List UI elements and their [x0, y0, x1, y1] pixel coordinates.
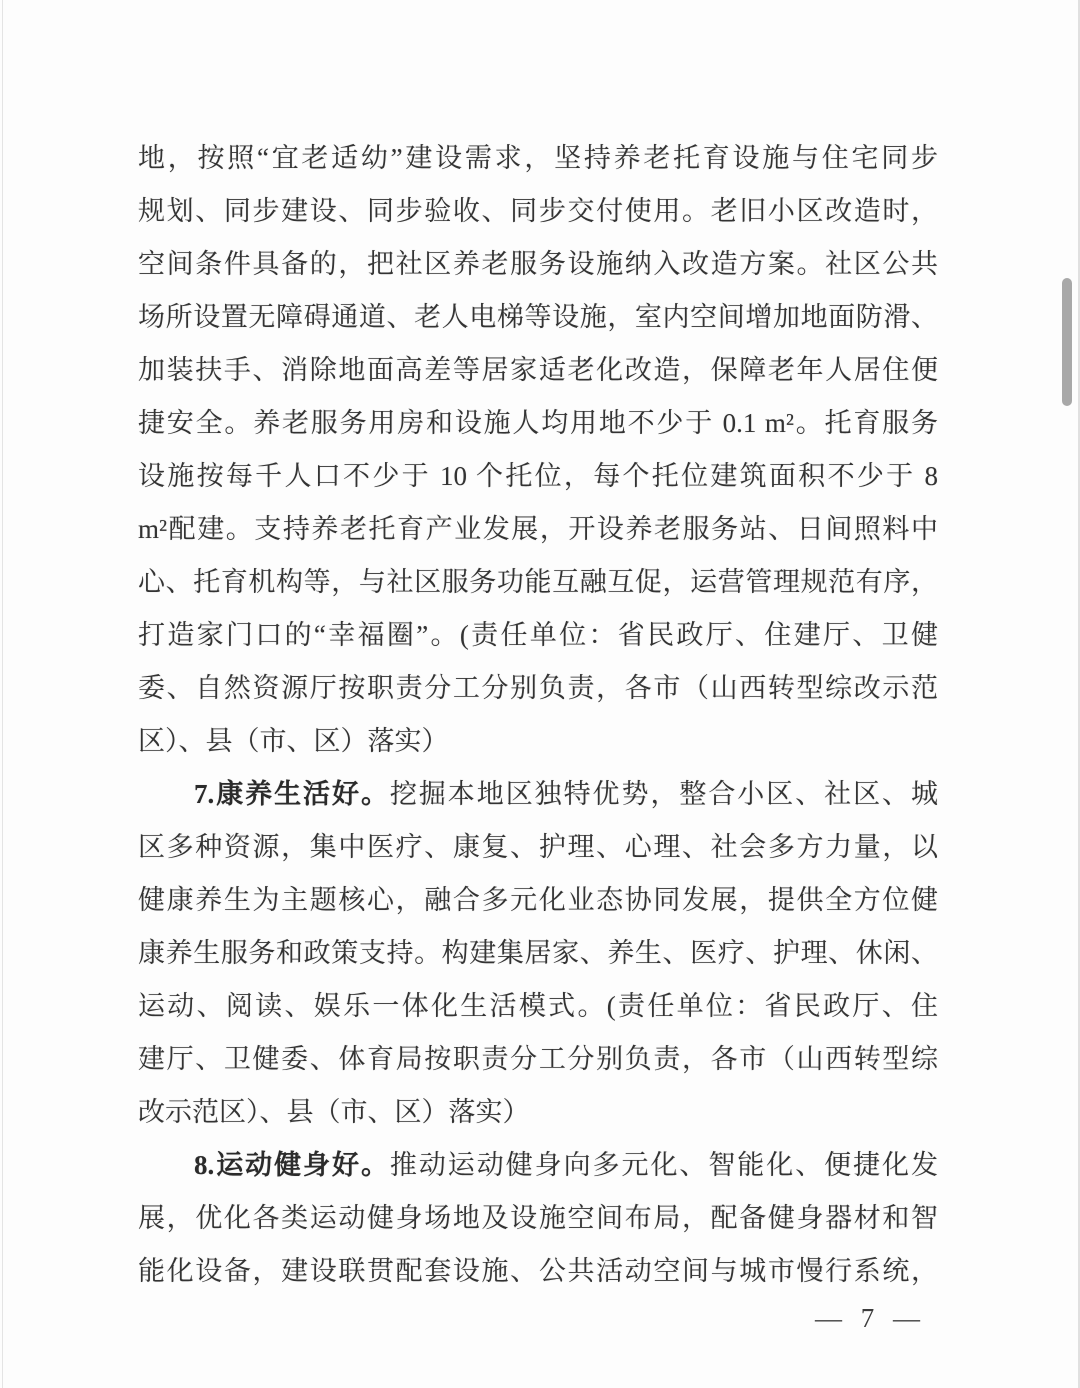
page-left-edge [2, 0, 3, 1388]
body-text: 地，按照“宜老适幼”建设需求，坚持养老托育设施与住宅同步 [138, 143, 938, 173]
body-text: 规划、同步建设、同步验收、同步交付使用。老旧小区改造时， [138, 196, 938, 226]
paragraph-7: 7.康养生活好。挖掘本地区独特优势，整合小区、社区、城区多种资源，集中医疗、康复… [138, 768, 938, 1139]
paragraph-8: 8.运动健身好。推动运动健身向多元化、智能化、便捷化发展，优化各类运动健身场地及… [138, 1139, 938, 1298]
text-line: 区多种资源，集中医疗、康复、护理、心理、社会多方力量，以 [138, 821, 938, 874]
text-line: 打造家门口的“幸福圈”。(责任单位：省民政厅、住建厅、卫健 [138, 609, 938, 662]
body-text: 挖掘本地区独特优势，整合小区、社区、城 [390, 779, 938, 809]
scrollbar-thumb[interactable] [1062, 278, 1072, 406]
text-line: 运动、阅读、娱乐一体化生活模式。(责任单位：省民政厅、住 [138, 980, 938, 1033]
text-line: m²配建。支持养老托育产业发展，开设养老服务站、日间照料中 [138, 503, 938, 556]
document-body: 地，按照“宜老适幼”建设需求，坚持养老托育设施与住宅同步规划、同步建设、同步验收… [138, 132, 938, 1298]
text-line: 空间条件具备的，把社区养老服务设施纳入改造方案。社区公共 [138, 238, 938, 291]
body-text: 心、托育机构等，与社区服务功能互融互促，运营管理规范有序， [138, 567, 938, 597]
page-number: — 7 — [815, 1303, 926, 1334]
text-line: 加装扶手、消除地面高差等居家适老化改造，保障老年人居住便 [138, 344, 938, 397]
text-line: 委、自然资源厅按职责分工分别负责，各市（山西转型综改示范 [138, 662, 938, 715]
text-line: 能化设备，建设联贯配套设施、公共活动空间与城市慢行系统， [138, 1245, 938, 1298]
text-line: 健康养生为主题核心，融合多元化业态协同发展，提供全方位健 [138, 874, 938, 927]
item-heading: 7.康养生活好。 [194, 779, 390, 809]
text-line: 8.运动健身好。推动运动健身向多元化、智能化、便捷化发 [138, 1139, 938, 1192]
document-page: 地，按照“宜老适幼”建设需求，坚持养老托育设施与住宅同步规划、同步建设、同步验收… [0, 0, 1080, 1388]
body-text: 捷安全。养老服务用房和设施人均用地不少于 0.1 m²。托育服务 [138, 408, 938, 438]
text-line: 改示范区）、县（市、区）落实） [138, 1086, 938, 1139]
text-line: 规划、同步建设、同步验收、同步交付使用。老旧小区改造时， [138, 185, 938, 238]
body-text: 加装扶手、消除地面高差等居家适老化改造，保障老年人居住便 [138, 355, 938, 385]
body-text: 空间条件具备的，把社区养老服务设施纳入改造方案。社区公共 [138, 249, 938, 279]
body-text: 运动、阅读、娱乐一体化生活模式。(责任单位：省民政厅、住 [138, 991, 938, 1021]
paragraph-6-continuation: 地，按照“宜老适幼”建设需求，坚持养老托育设施与住宅同步规划、同步建设、同步验收… [138, 132, 938, 768]
text-line: 设施按每千人口不少于 10 个托位，每个托位建筑面积不少于 8 [138, 450, 938, 503]
body-text: 建厅、卫健委、体育局按职责分工分别负责，各市（山西转型综 [138, 1044, 938, 1074]
text-line: 展，优化各类运动健身场地及设施空间布局，配备健身器材和智 [138, 1192, 938, 1245]
body-text: 展，优化各类运动健身场地及设施空间布局，配备健身器材和智 [138, 1203, 938, 1233]
item-heading: 8.运动健身好。 [194, 1150, 390, 1180]
text-line: 捷安全。养老服务用房和设施人均用地不少于 0.1 m²。托育服务 [138, 397, 938, 450]
body-text: 改示范区）、县（市、区）落实） [138, 1097, 530, 1127]
body-text: 区多种资源，集中医疗、康复、护理、心理、社会多方力量，以 [138, 832, 938, 862]
body-text: 康养生服务和政策支持。构建集居家、养生、医疗、护理、休闲、 [138, 938, 938, 968]
body-text: 场所设置无障碍通道、老人电梯等设施，室内空间增加地面防滑、 [138, 302, 938, 332]
text-line: 建厅、卫健委、体育局按职责分工分别负责，各市（山西转型综 [138, 1033, 938, 1086]
body-text: 能化设备，建设联贯配套设施、公共活动空间与城市慢行系统， [138, 1256, 938, 1286]
text-line: 7.康养生活好。挖掘本地区独特优势，整合小区、社区、城 [138, 768, 938, 821]
text-line: 心、托育机构等，与社区服务功能互融互促，运营管理规范有序， [138, 556, 938, 609]
body-text: 健康养生为主题核心，融合多元化业态协同发展，提供全方位健 [138, 885, 938, 915]
body-text: 委、自然资源厅按职责分工分别负责，各市（山西转型综改示范 [138, 673, 938, 703]
body-text: 设施按每千人口不少于 10 个托位，每个托位建筑面积不少于 8 [138, 461, 938, 491]
body-text: m²配建。支持养老托育产业发展，开设养老服务站、日间照料中 [138, 514, 938, 544]
body-text: 推动运动健身向多元化、智能化、便捷化发 [390, 1150, 938, 1180]
text-line: 区）、县（市、区）落实） [138, 715, 938, 768]
body-text: 区）、县（市、区）落实） [138, 726, 449, 756]
text-line: 地，按照“宜老适幼”建设需求，坚持养老托育设施与住宅同步 [138, 132, 938, 185]
text-line: 康养生服务和政策支持。构建集居家、养生、医疗、护理、休闲、 [138, 927, 938, 980]
body-text: 打造家门口的“幸福圈”。(责任单位：省民政厅、住建厅、卫健 [138, 620, 938, 650]
text-line: 场所设置无障碍通道、老人电梯等设施，室内空间增加地面防滑、 [138, 291, 938, 344]
